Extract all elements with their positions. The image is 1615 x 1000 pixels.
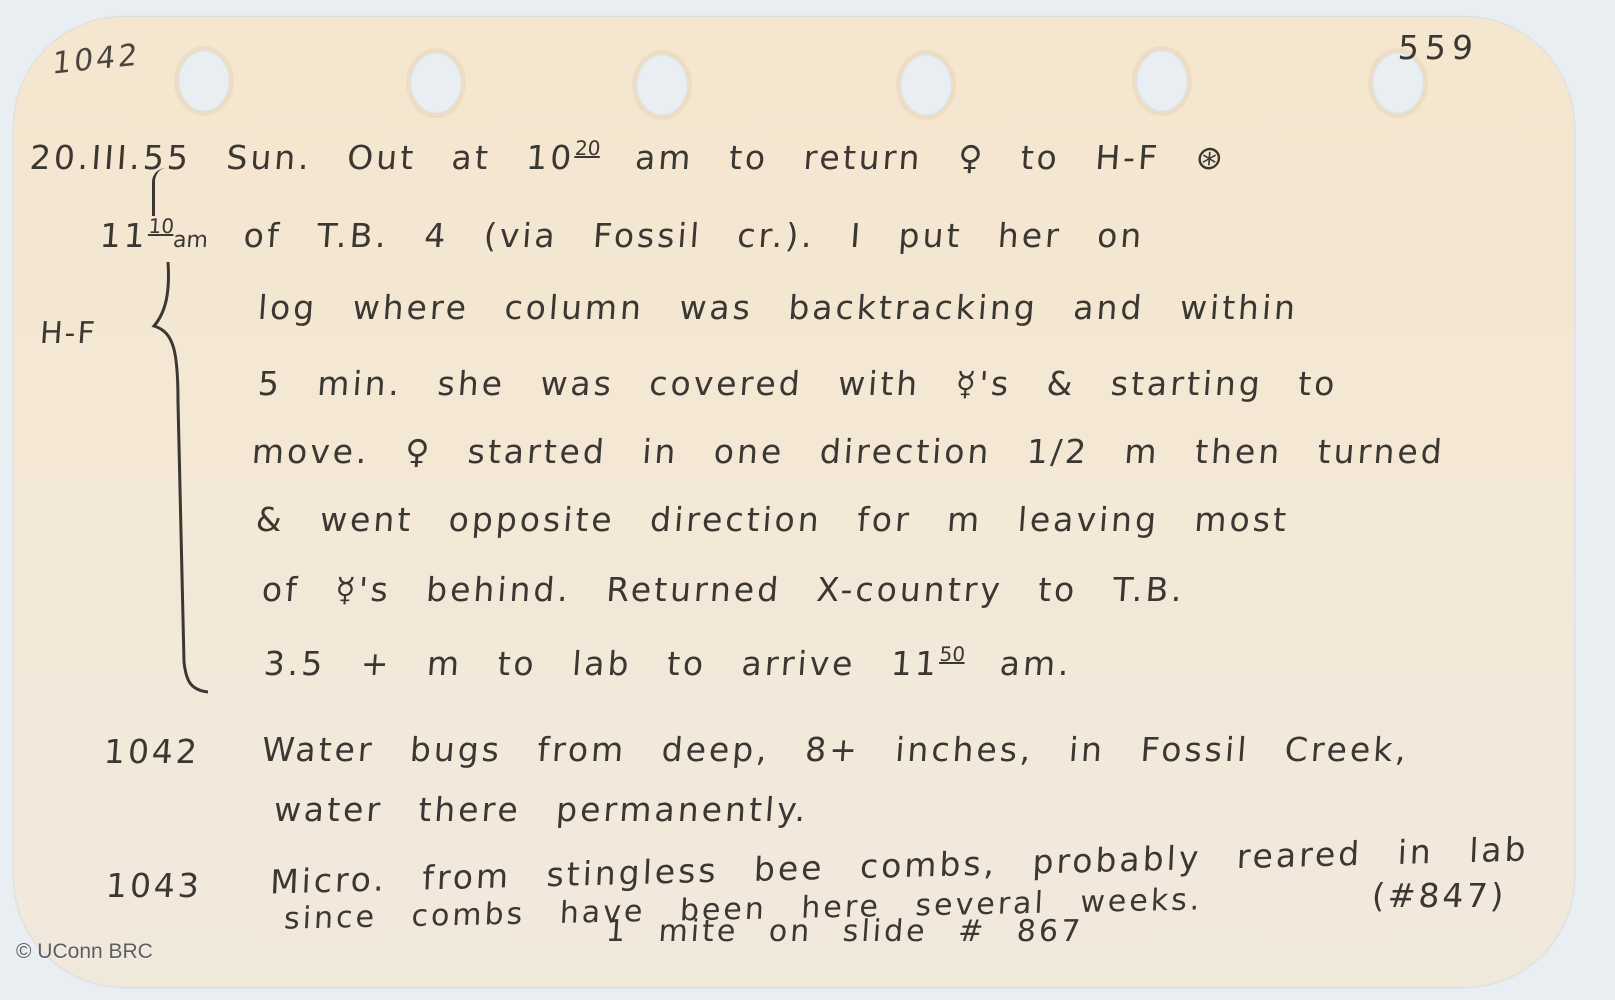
entry-line: water there permanently. [273,790,810,829]
entry-line: 1 mite on slide # 867 [605,914,1085,949]
punch-hole [636,54,688,116]
entry-number: 1042 [103,732,202,771]
punch-hole [178,50,230,112]
entry-line: & went opposite direction for m leaving … [255,500,1291,539]
curly-brace-icon [148,262,208,694]
entry-line: 3.5 + m to lab to arrive 1150 am. [263,642,1074,683]
punch-hole [900,54,952,116]
entry-line: of ☿'s behind. Returned X-country to T.B… [261,570,1187,609]
specimen-annotation: (#847) [1371,876,1508,915]
margin-label: H-F [39,316,98,351]
bracket-mark [152,168,169,216]
entry-line: move. ♀ started in one direction 1/2 m t… [251,432,1447,471]
entry-line: 1110am of T.B. 4 (via Fossil cr.). I put… [99,214,1146,255]
copyright-watermark: © UConn BRC [16,940,153,964]
entry-line: 5 min. she was covered with ☿'s & starti… [257,364,1339,403]
entry-number: 1043 [105,866,204,905]
page-number: 559 [1397,28,1481,67]
entry-line: 20.III.55 Sun. Out at 1020 am to return … [29,136,1228,177]
entry-line: Water bugs from deep, 8+ inches, in Foss… [261,730,1411,769]
entry-line: log where column was backtracking and wi… [257,288,1300,327]
punch-hole [1136,50,1188,112]
punch-hole [410,52,462,114]
